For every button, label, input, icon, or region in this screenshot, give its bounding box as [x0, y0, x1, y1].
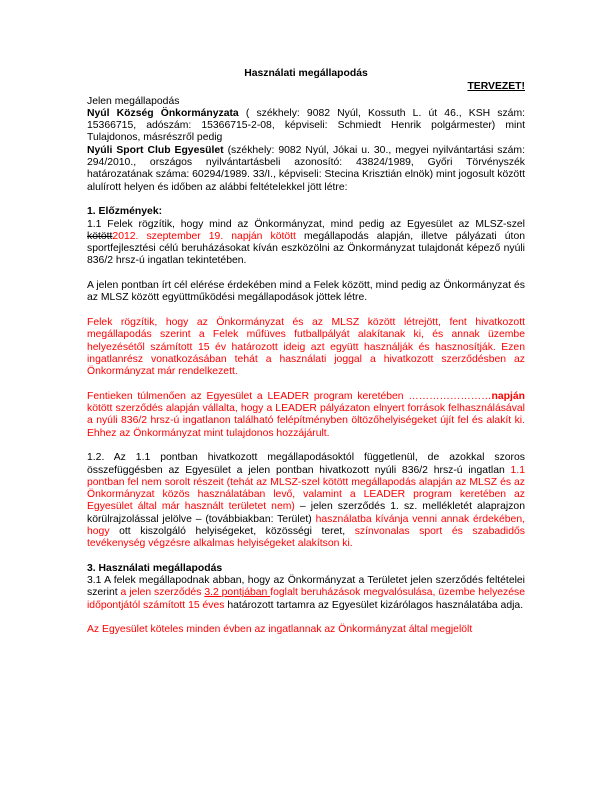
inserted-date: 2012. szeptember 19. napján kötött: [112, 231, 296, 242]
section1-paragraph2: A jelen pontban írt cél elérése érdekébe…: [87, 280, 525, 305]
section3-paragraph1: 3.1 A felek megállapodnak abban, hogy az…: [87, 575, 525, 612]
party1-paragraph: Nyúl Község Önkormányzata ( székhely: 90…: [87, 108, 525, 145]
date-placeholder: napján: [492, 391, 526, 402]
document-title: Használati megállapodás: [87, 68, 525, 80]
section3-paragraph2: Az Egyesület köteles minden évben az ing…: [87, 624, 525, 636]
underlined-reference: 3.2 pontjában: [204, 587, 270, 598]
section1-paragraph4: Fentieken túlmenően az Egyesület a LEADE…: [87, 391, 525, 440]
struck-text: kötött: [87, 231, 112, 242]
intro-line: Jelen megállapodás: [87, 96, 525, 108]
section3-heading: 3. Használati megállapodás: [87, 563, 525, 575]
draft-label: TERVEZET!: [87, 81, 525, 93]
text-span: Fentieken túlmenően az Egyesület a LEADE…: [87, 391, 492, 402]
text-span: 1.2. Az 1.1 pontban hivatkozott megállap…: [87, 452, 525, 475]
red-text: a jelen szerződés: [121, 587, 205, 598]
party2-paragraph: Nyúli Sport Club Egyesület (székhely: 90…: [87, 145, 525, 194]
text-span: 1.1 Felek rögzítik, hogy mind az Önkormá…: [87, 219, 525, 230]
section1-paragraph1: 1.1 Felek rögzítik, hogy mind az Önkormá…: [87, 219, 525, 268]
document-page: Használati megállapodás TERVEZET! Jelen …: [87, 68, 525, 637]
text-span: ott kiszolgáló helyiségeket, közösségi t…: [110, 526, 355, 537]
text-span: határozott tartamra az Egyesület kizáról…: [224, 600, 523, 611]
party1-name: Nyúl Község Önkormányzata: [87, 108, 239, 119]
section1-heading: 1. Előzmények:: [87, 206, 525, 218]
party2-name: Nyúli Sport Club Egyesület: [87, 145, 224, 156]
text-span: kötött szerződés alapján vállalta, hogy …: [87, 403, 525, 439]
section1-paragraph5: 1.2. Az 1.1 pontban hivatkozott megállap…: [87, 452, 525, 550]
section1-paragraph3: Felek rögzítik, hogy az Önkormányzat és …: [87, 317, 525, 378]
